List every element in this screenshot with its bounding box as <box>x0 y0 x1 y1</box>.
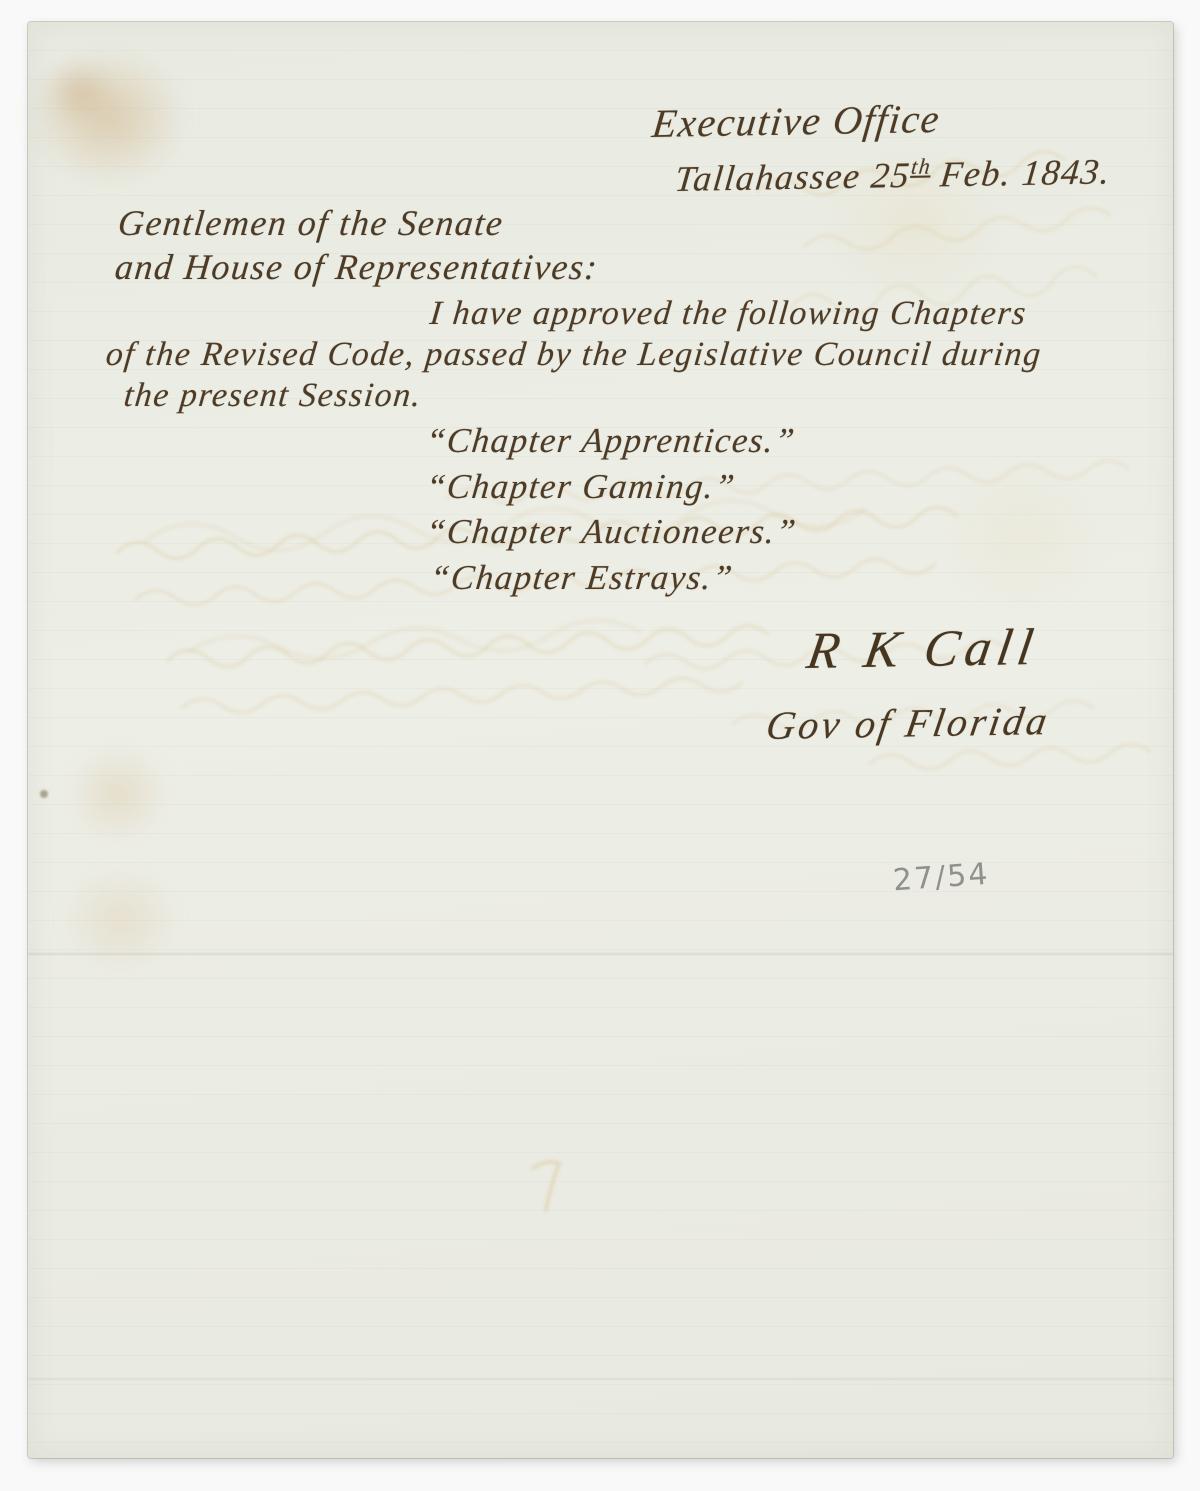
ghost-mark <box>533 1162 559 1210</box>
ghost-stroke <box>189 619 640 665</box>
ghost-stroke <box>803 206 1111 256</box>
stain <box>68 747 168 842</box>
dateline-ordinal: th <box>910 154 933 179</box>
body-line: I have approved the following Chapters <box>428 295 1029 333</box>
stain <box>43 62 113 122</box>
stain <box>63 867 178 972</box>
fold-crease <box>28 1378 1173 1380</box>
dateline-date: Tallahassee 25thFeb. 1843. <box>673 150 1113 200</box>
archival-number: 27/54 <box>892 857 991 899</box>
chapter-line: “Chapter Apprentices.” <box>424 421 798 461</box>
dateline-month-year: Feb. 1843. <box>938 151 1113 194</box>
body-line: of the Revised Code, passed by the Legis… <box>104 336 1044 374</box>
ghost-stroke <box>182 676 742 715</box>
stain-speck <box>40 790 48 798</box>
dateline-office: Executive Office <box>650 95 943 147</box>
letter-paper: Executive Office Tallahassee 25thFeb. 18… <box>28 22 1173 1458</box>
chapter-line: “Chapter Auctioneers.” <box>424 512 799 552</box>
chapter-line: “Chapter Gaming.” <box>424 467 738 507</box>
dateline-city-day: Tallahassee 25 <box>673 155 912 199</box>
salutation-line: and House of Representatives: <box>113 246 600 288</box>
salutation-line: Gentlemen of the Senate <box>116 202 506 244</box>
ghost-stroke <box>870 743 1150 771</box>
body-line: the present Session. <box>122 377 424 415</box>
signature-name: R K Call <box>803 618 1043 681</box>
signature-title: Gov of Florida <box>763 697 1053 749</box>
stain <box>938 462 1108 612</box>
ghost-stroke <box>168 625 768 669</box>
chapter-line: “Chapter Estrays.” <box>428 558 735 598</box>
stain <box>28 47 188 187</box>
fold-crease <box>28 953 1173 955</box>
